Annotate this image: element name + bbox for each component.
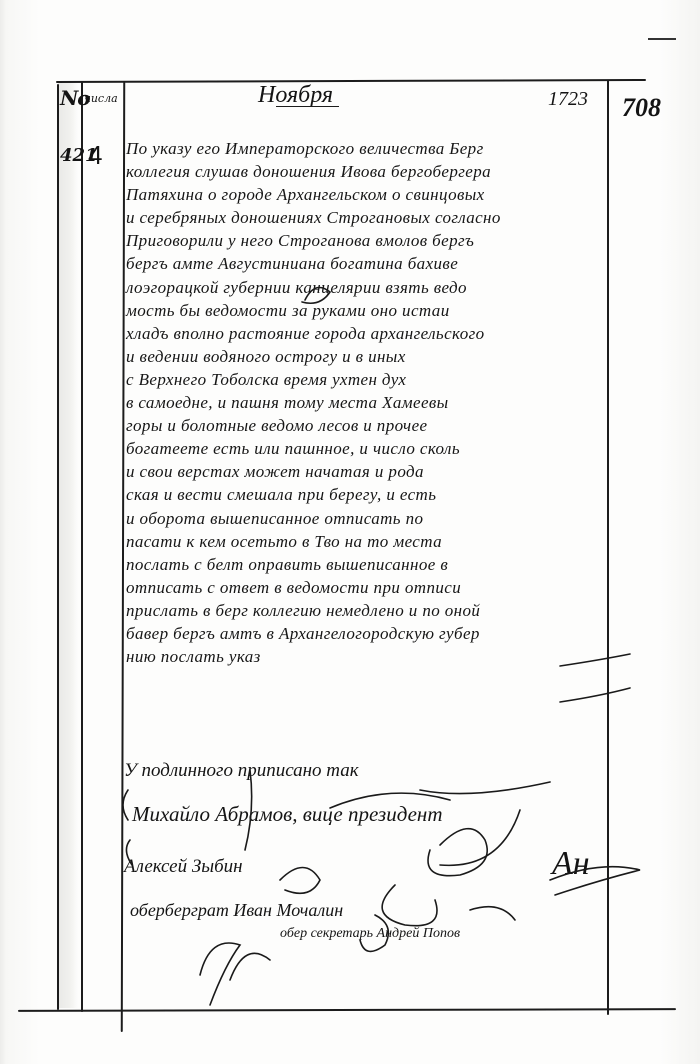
text-line: и ведении водяного острогу и в иных bbox=[126, 345, 610, 368]
column-rule-day bbox=[121, 82, 125, 1032]
corner-mark bbox=[648, 38, 676, 40]
column-header-day: числа bbox=[84, 92, 118, 105]
text-line: лоэгорацкой губернии канцелярии взять ве… bbox=[126, 276, 610, 299]
attestation-line: У подлинного приписано так bbox=[124, 760, 359, 782]
text-line: послать с белт оправить вышеписанное в bbox=[126, 553, 610, 576]
manuscript-page: No числа Ноября 1723 708 421 4 По указу … bbox=[0, 0, 700, 1064]
text-line: По указу его Императорского величества Б… bbox=[126, 137, 610, 160]
text-line: и свои верстах может начатая и рода bbox=[126, 460, 610, 483]
signature-zybin: Алексей Зыбин bbox=[124, 856, 243, 878]
bottom-rule bbox=[18, 1008, 676, 1012]
text-line: хладъ вполно растояние города архангельс… bbox=[126, 322, 610, 345]
page-number: 708 bbox=[622, 93, 661, 123]
entry-day: 4 bbox=[88, 140, 102, 171]
text-line: мость бы ведомости за руками оно истаи bbox=[126, 299, 610, 322]
text-line: горы и болотные ведомо лесов и прочее bbox=[126, 414, 610, 437]
text-line: прислать в берг коллегию немедлено и по … bbox=[126, 599, 610, 622]
text-line: Приговорили у него Строганова вмолов бер… bbox=[126, 229, 610, 252]
text-line: с Верхнего Тоболска время ухтен дух bbox=[126, 368, 610, 391]
top-rule bbox=[56, 79, 646, 83]
text-line: и серебряных доношениях Строгановых согл… bbox=[126, 206, 610, 229]
month-heading: Ноября bbox=[258, 82, 333, 109]
text-line: ская и вести смешала при берегу, и есть bbox=[126, 483, 610, 506]
text-line: коллегия слушав доношения Ивова бергобер… bbox=[126, 160, 610, 183]
text-line: бавер бергъ амтъ в Архангелогородскую гу… bbox=[126, 622, 610, 645]
margin-rule-left bbox=[57, 84, 59, 1010]
column-rule-no bbox=[81, 82, 83, 1012]
text-line: бергъ амте Августиниана богатина бахиве bbox=[126, 252, 610, 275]
signature-oberbergrat: оберберграт Иван Мочалин bbox=[130, 900, 343, 921]
text-line: отписать с ответ в ведомости при отписи bbox=[126, 576, 610, 599]
text-line: нию послать указ bbox=[126, 645, 610, 668]
marginal-signature-mark: Ан bbox=[552, 845, 590, 883]
text-line: в самоедне, и пашня тому места Хамеевы bbox=[126, 391, 610, 414]
entry-body: По указу его Императорского величества Б… bbox=[126, 137, 610, 668]
text-line: Патяхина о городе Архангельском о свинцо… bbox=[126, 183, 610, 206]
column-shading bbox=[58, 82, 78, 1008]
text-line: и оборота вышеписанное отписать по bbox=[126, 507, 610, 530]
text-line: пасати к кем осетьто в Тво на то места bbox=[126, 530, 610, 553]
year-heading: 1723 bbox=[548, 88, 588, 111]
signature-vice-president: Михайло Абрамов, вице президент bbox=[132, 802, 443, 827]
text-line: богатеете есть или пашнное, и число скол… bbox=[126, 437, 610, 460]
signature-secretary: обер секретарь Андрей Попов bbox=[280, 926, 460, 942]
